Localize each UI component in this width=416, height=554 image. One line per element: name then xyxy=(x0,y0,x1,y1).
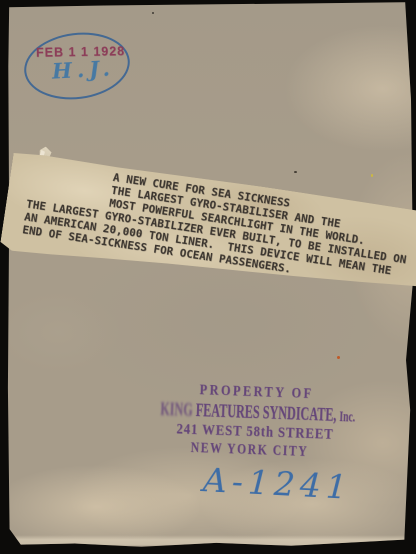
property-stamp: PROPERTY OF KING FEATURES SYNDICATE, Inc… xyxy=(124,379,386,464)
orange-speck xyxy=(337,356,340,359)
yellow-speck xyxy=(371,174,373,177)
property-stamp-inc-suffix: Inc. xyxy=(339,409,355,426)
archive-number-handwritten: A-1241 xyxy=(202,460,353,507)
photo-backdrop: FEB 1 1 1928 H.J. A NEW CURE FOR SEA SIC… xyxy=(0,0,416,554)
examiner-initials: H.J. xyxy=(51,55,115,83)
property-stamp-line4-text: NEW YORK CITY xyxy=(190,440,308,461)
ink-speck xyxy=(294,171,297,173)
property-stamp-smudged-word: KING xyxy=(160,399,193,421)
ink-speck xyxy=(152,12,154,14)
